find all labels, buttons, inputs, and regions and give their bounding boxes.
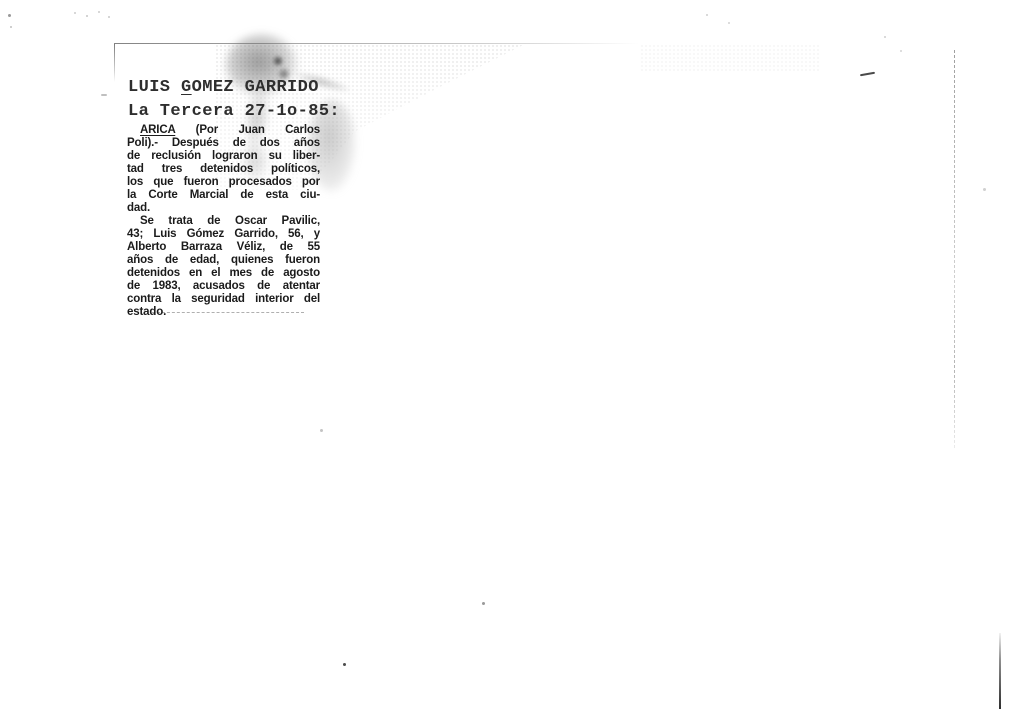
clipping-line: contra la seguridad interior del	[127, 293, 320, 306]
scan-speck	[108, 16, 110, 18]
scan-speck	[320, 429, 323, 432]
scan-speck	[706, 14, 708, 16]
scan-speck	[482, 602, 485, 605]
scan-right-dashed-line	[954, 50, 955, 448]
clipping-line: Poli).- Después de dos años	[127, 137, 320, 150]
clipping-line: de reclusión lograron su liber-	[127, 150, 320, 163]
clipping-line: 43; Luis Gómez Garrido, 56, y	[127, 228, 320, 241]
scan-speck	[900, 50, 902, 52]
clipping-left-edge	[114, 44, 115, 82]
clipping-dateline-agency: ARICA	[140, 124, 175, 136]
clipping-line: los que fueron procesados por	[127, 176, 320, 189]
clipping-line: tad tres detenidos políticos,	[127, 163, 320, 176]
clipping-line: ARICA (Por Juan Carlos	[127, 124, 320, 137]
newspaper-clipping-column: ARICA (Por Juan Carlos Poli).- Después d…	[127, 124, 320, 319]
scan-speck	[728, 22, 730, 24]
scan-speck	[86, 15, 88, 17]
clipping-line: dad.	[127, 202, 320, 215]
clipping-line: Se trata de Oscar Pavilic,	[127, 215, 320, 228]
clipping-line: de 1983, acusados de atentar	[127, 280, 320, 293]
clipping-dateline-rest: (Por Juan Carlos	[196, 124, 320, 136]
clipping-top-edge	[114, 43, 639, 44]
halftone-top-speckle	[114, 43, 764, 52]
pen-dash-mark	[860, 72, 875, 77]
annotation-source-line: La Tercera 27-1o-85:	[128, 102, 340, 121]
clipping-line: años de edad, quienes fueron	[127, 254, 320, 267]
scan-speck	[343, 663, 346, 666]
clipping-line: estado.	[127, 306, 320, 319]
annotation-author-post: OMEZ GARRIDO	[192, 78, 319, 97]
scan-speck	[98, 11, 100, 13]
clipping-line: la Corte Marcial de esta ciu-	[127, 189, 320, 202]
clipping-line: detenidos en el mes de agosto	[127, 267, 320, 280]
scan-bottom-right-line	[999, 633, 1001, 709]
scanned-document-page: LUIS GOMEZ GARRIDO La Tercera 27-1o-85: …	[0, 0, 1012, 717]
scan-speck	[101, 94, 107, 96]
scan-speck	[884, 36, 886, 38]
annotation-author-line: LUIS GOMEZ GARRIDO	[128, 78, 319, 97]
annotation-author-pre: LUIS	[128, 78, 181, 97]
scan-speck	[8, 14, 11, 17]
scan-speck	[10, 26, 12, 28]
scan-speck	[74, 12, 76, 14]
clipping-line: Alberto Barraza Véliz, de 55	[127, 241, 320, 254]
ink-smudge-dot	[272, 55, 284, 67]
annotation-author-underlined-letter: G	[181, 78, 192, 97]
scan-speck	[983, 188, 986, 191]
